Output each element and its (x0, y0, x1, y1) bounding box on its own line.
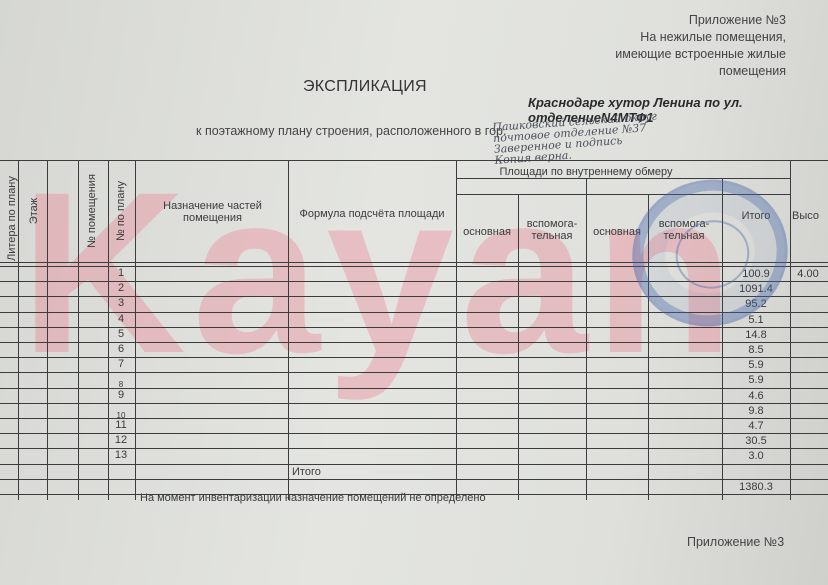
grid-line (0, 403, 828, 404)
row-total: 5.9 (726, 374, 786, 386)
row-plan-no: 3 (111, 297, 131, 309)
inventory-note: На момент инвентаризации назначение поме… (140, 492, 486, 504)
grid-line (648, 194, 649, 500)
itogo-value: 1380.3 (726, 481, 786, 493)
row-total: 95.2 (726, 298, 786, 310)
row-total: 8.5 (726, 344, 786, 356)
col-aux-2: вспомога-тельная (648, 218, 720, 242)
col-purpose: Назначение частей помещения (140, 200, 285, 224)
grid-line (456, 178, 790, 179)
grid-line (47, 160, 48, 500)
grid-line (78, 160, 79, 500)
grid-line (790, 160, 791, 500)
col-area-group: Площади по внутреннему обмеру (456, 166, 716, 178)
handwritten-note: Пашковский сельский округ почтовое отдел… (492, 111, 659, 166)
grid-line (456, 160, 457, 500)
appendix-line: помещения (615, 63, 786, 80)
address-line: Краснодаре хутор Ленина по ул. (528, 95, 743, 110)
row-plan-no: 6 (111, 343, 131, 355)
row-plan-no: 8 (111, 380, 131, 389)
row-total: 14.8 (726, 329, 786, 341)
row-total: 4.6 (726, 390, 786, 402)
grid-line (518, 194, 519, 500)
row-total: 5.1 (726, 314, 786, 326)
grid-line (135, 160, 136, 500)
grid-line (108, 160, 109, 500)
appendix-line: На нежилые помещения, (615, 29, 786, 46)
col-main-1: основная (456, 226, 518, 238)
row-plan-no: 11 (111, 419, 131, 431)
row-plan-no: 5 (111, 328, 131, 340)
col-floor: Этаж (28, 191, 40, 231)
col-litera: Литера по плану (6, 161, 18, 261)
row-plan-no: 12 (111, 434, 131, 446)
col-aux-1: вспомога-тельная (519, 218, 585, 242)
row-plan-no: 2 (111, 282, 131, 294)
grid-line (722, 178, 723, 500)
row-total: 3.0 (726, 450, 786, 462)
appendix-header: Приложение №3 На нежилые помещения, имею… (615, 12, 786, 80)
grid-line (0, 160, 828, 161)
grid-line (0, 372, 828, 373)
row-plan-no: 9 (111, 389, 131, 401)
itogo-label: Итого (292, 466, 321, 478)
row-total: 1091.4 (726, 283, 786, 295)
appendix-line: Приложение №3 (615, 12, 786, 29)
col-formula: Формула подсчёта площади (288, 208, 456, 220)
row-total: 5.9 (726, 359, 786, 371)
grid-line (456, 194, 790, 195)
document-subtitle: к поэтажному плану строения, расположенн… (196, 124, 506, 138)
row-total: 30.5 (726, 435, 786, 447)
row-height: 4.00 (786, 268, 828, 280)
row-total: 100.9 (726, 268, 786, 280)
row-plan-no: 7 (111, 358, 131, 370)
col-plan-no: № по плану (115, 176, 127, 246)
appendix-footer: Приложение №3 (687, 535, 784, 549)
row-plan-no: 1 (111, 267, 131, 279)
col-main-2: основная (586, 226, 648, 238)
explication-table: Литера по плану Этаж № помещения № по пл… (0, 160, 828, 510)
appendix-line: имеющие встроенные жилые (615, 46, 786, 63)
grid-line (288, 160, 289, 500)
col-height: Высо (792, 210, 828, 222)
grid-line (0, 479, 828, 480)
col-room-no: № помещения (86, 171, 98, 251)
row-total: 4.7 (726, 420, 786, 432)
grid-line (0, 464, 828, 465)
row-plan-no: 13 (111, 449, 131, 461)
row-plan-no: 4 (111, 313, 131, 325)
grid-line (0, 262, 828, 263)
row-total: 9.8 (726, 405, 786, 417)
col-total: Итого (722, 210, 790, 222)
document-title: ЭКСПЛИКАЦИЯ (303, 78, 427, 96)
grid-line (18, 160, 19, 500)
grid-line (586, 178, 587, 500)
